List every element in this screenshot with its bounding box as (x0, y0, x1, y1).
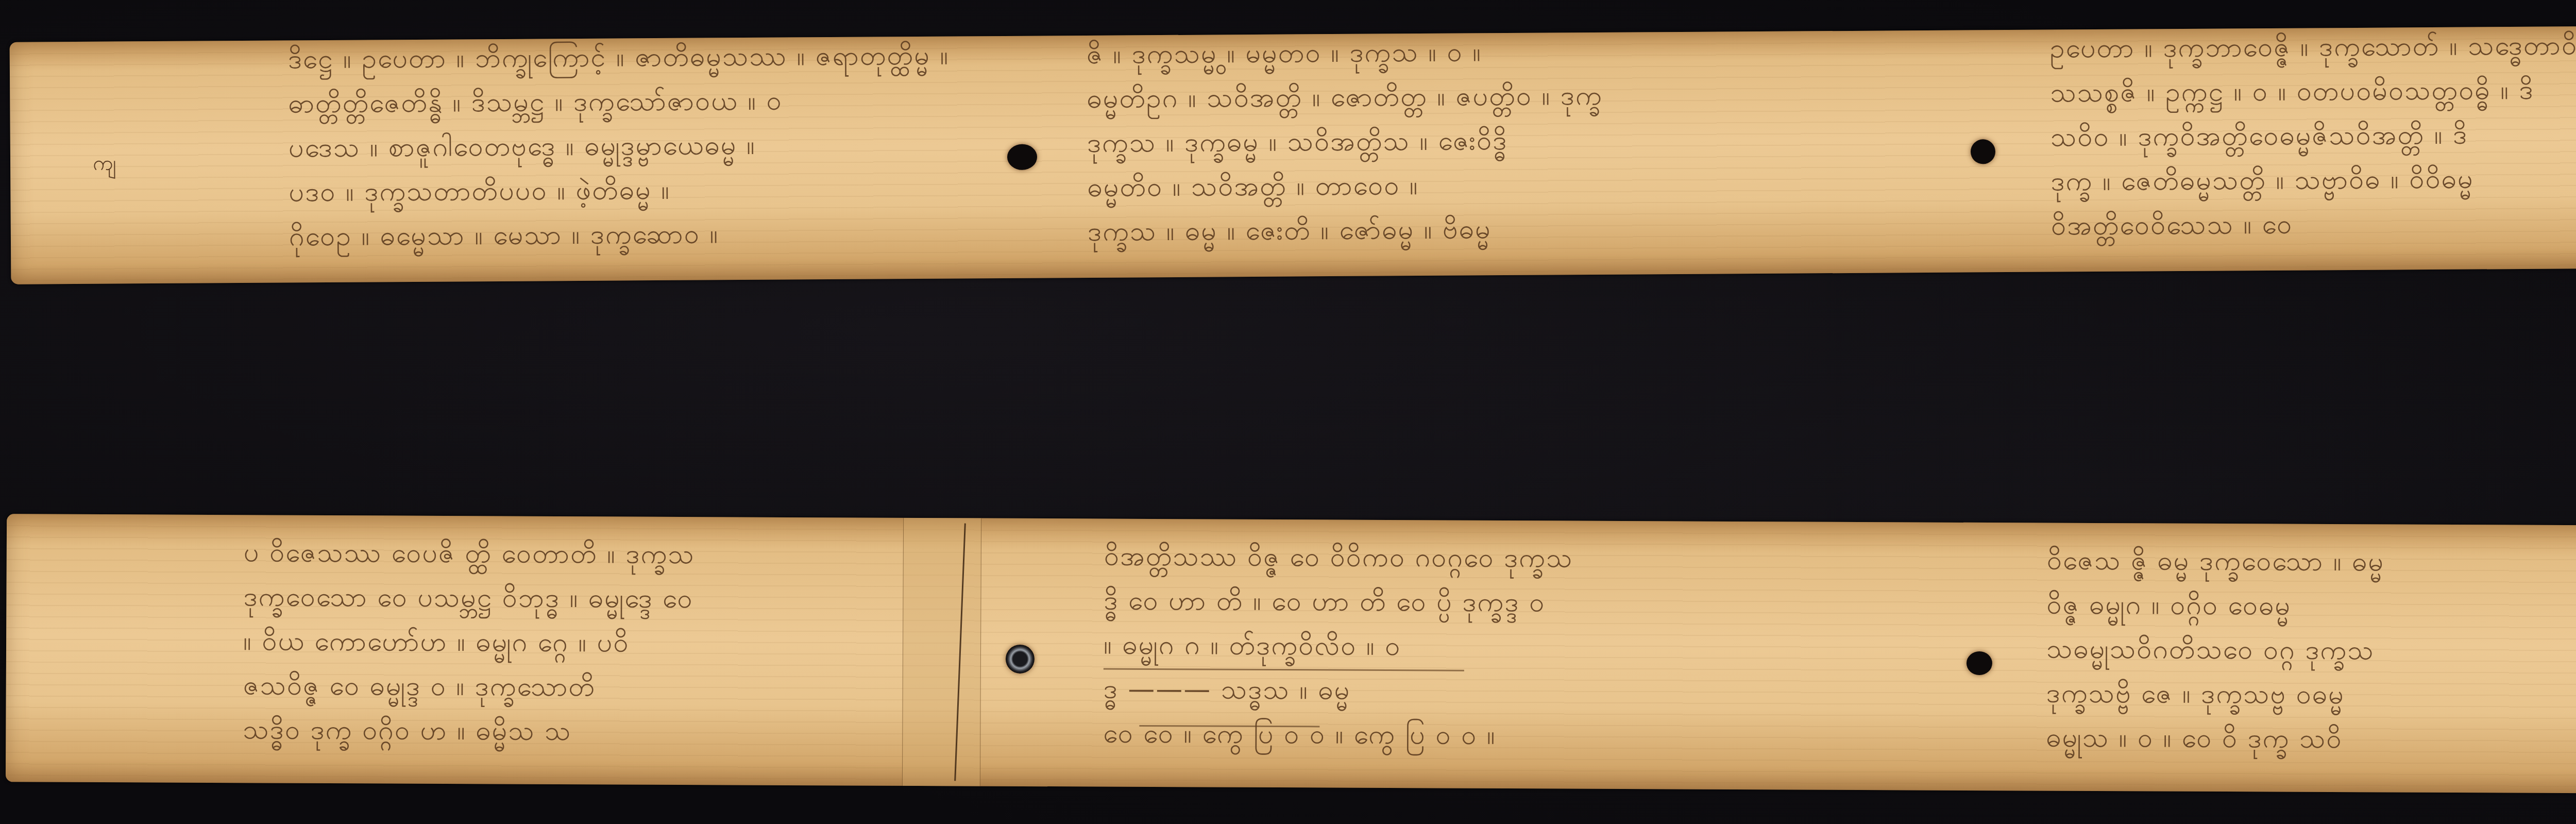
text-line: ဓမ္မတိဝ ။ သဝိအတ္တိ ။ တာဝေဝ ။ (1087, 162, 1603, 210)
text-block-right: ဝိဇေသ ဇ္ဇိ ဓမ္မ ဒုက္ခဝေသော ။ ဓမ္မ ဝိဇ္ဇ … (2046, 539, 2384, 762)
text-line: ။ ဓမ္မုဂ ဂ ။ တ်ဒုက္ခဝိလိဝ ။ ဝ (1104, 623, 1573, 669)
text-line: ဝိအတ္တိဝေဝိသေသ ။ ဝေ (2051, 200, 2576, 248)
folio-mark: ကျ (93, 149, 116, 180)
text-line: ဝိဇေသ ဇ္ဇိ ဓမ္မ ဒုက္ခဝေသော ။ ဓမ္မ (2047, 539, 2385, 584)
text-line: ဒုက္ခသဗ္ဗိ ဇေ ။ ဒုက္ခသဗ္ဗ ဝဓမ္မ (2046, 671, 2384, 717)
text-line: ဓမ္မတိဥဂ ။ သဝိအတ္တိ ။ ဇောတိတ္တ ။ ဇပတ္တိဝ… (1087, 74, 1603, 121)
text-line: ဒိဋ္ဌေ ။ ဥပေတာ ။ ဘိက္ခုကြောင့် ။ ဇာတိဓမ္… (288, 33, 950, 82)
text-line: ဓမ္မုသ ။ ဝ ။ ဝေ ဝိ ဒုက္ခ သဝိ (2046, 716, 2384, 762)
text-line: ဝေ ဝေ ။ ကွေ ပြ ဝ ဝ ။ ကွေ ပြ ဝ ဝ ။ (1103, 712, 1572, 758)
text-line: ဒုက္ခသ ။ ဓမ္မ ။ ဇေးတိ ။ ဇော်ဓမ္မ ။ ဗိဓမ္… (1088, 207, 1604, 254)
text-block-center: ဝိအတ္တိသဿ ဝိဇ္ဇ ဝေ ဝိဝိကဝ ဂဝဂ္ဂဝေ ဒုက္ခသ… (1103, 534, 1573, 758)
text-line: ဇသဝိဇ္ဇ ဝေ ဓမ္မုဒ္ဒ ဝ ။ ဒုက္ခသောတိ (243, 663, 694, 710)
text-line: ဓာတ္တိတ္တိဇေတိန္ဓိ ။ ဒိသမ္ဘဋ္ဌ ။ ဒုက္ခသေ… (288, 78, 950, 126)
text-line: သဓမ္မုသဝိဂတိသဝေ ဝဂ္ဂ ဒုက္ခသ (2046, 627, 2384, 673)
string-hole-right (1971, 139, 1995, 164)
text-line: ။ ဝိယ ကောဟော်ဟ ။ ဓမ္မုဂ ဂ္ဂေ ။ ပဝိ (243, 619, 694, 665)
string-hole-left (1007, 144, 1037, 170)
text-line: ဝိအတ္တိသဿ ဝိဇ္ဇ ဝေ ဝိဝိကဝ ဂဝဂ္ဂဝေ ဒုက္ခသ (1104, 534, 1573, 581)
text-line: ဂိုဝေဥ ။ ဓမ္မေသာ ။ မေသာ ။ ဒုက္ခဆောဝ ။ (289, 211, 951, 259)
text-line: ဒုက္ခ ။ ဇေတိဓမ္မသတ္တိ ။ သဗ္ဗာဝိဓ ။ ဝိဝိဓ… (2050, 156, 2576, 204)
palm-leaf-top: ကျ ဒိဋ္ဌေ ။ ဥပေတာ ။ ဘိက္ခုကြောင့် ။ ဇာတိ… (10, 24, 2576, 284)
text-line: ဝိဇ္ဇ ဓမ္မုဂ ။ ဝဂ္ဂိဝ ဝေဓမ္မ (2046, 583, 2384, 629)
palm-leaf-bottom: ပ ဝိဇေသဿ ဝေပဇိ တ္ထိ ဝေတာတိ ။ ဒုက္ခသ ဒုက္… (6, 514, 2576, 795)
text-line: ဒ္ဓိ ဝေ ဟာ တိ ။ ဝေ ဟာ တိ ဝေ ပ္ပိ ဒုက္ခဒ္… (1104, 579, 1573, 625)
text-line: သဒ္ဓိဝ ဒုက္ခ ဝဂ္ဂိဝ ဟ ။ ဓမ္မိသ သ (243, 708, 694, 754)
text-line: သဝိဝ ။ ဒုက္ခဝိအတ္တိဝေဓမ္မဇိသဝိအတ္တိ ။ ဒိ (2050, 112, 2576, 159)
text-line: သသစ္စဇိ ။ ဥက္ကဋ္ဌ ။ ဝ ။ ဝတပဝမိဝသတ္တဝဓ္ဓိ… (2050, 68, 2576, 115)
text-line: ဇိ ။ ဒုက္ခသမ္မွ ။ မမ္မတဝ ။ ဒုက္ခသ ။ ဝ ။ (1087, 29, 1603, 77)
text-line: ပဒေသ ။ စာဇူဂါဝေတဗုဒ္ဓေ ။ ဓမ္မုဒ္ဒမ္ဗာယေဓ… (289, 122, 950, 171)
text-line: ဒ္ဓ ——— သဒ္ဓသ ။ ဓမ္မ (1104, 667, 1573, 714)
text-line: ဒုက္ခသ ။ ဒုက္ခဓမ္မ ။ သဝိအတ္တိသ ။ ဇေးဝိဒ္… (1087, 118, 1603, 165)
text-block-right: ဥပေတာ ။ ဒုက္ခဘာဝေဇ္ဇိ ။ ဒုက္ခသောတ် ။ သဒ္… (2050, 23, 2576, 248)
text-block-center: ဇိ ။ ဒုက္ခသမ္မွ ။ မမ္မတဝ ။ ဒုက္ခသ ။ ဝ ။ … (1087, 29, 1604, 254)
text-line: ပ ဝိဇေသဿ ဝေပဇိ တ္ထိ ဝေတာတိ ။ ဒုက္ခသ (244, 530, 695, 577)
text-line: ပဒဝ ။ ဒုက္ခသတာတိပပဝ ။ ဖဲ့တိဓမ္မ ။ (289, 166, 950, 215)
string-hole-left (1006, 645, 1035, 674)
text-line: ဒုက္ခဝေသော ဝေ ပသမ္ဘဋ္ဌ ဝိဘုဒ္ဓ ။ ဓမ္မုဒ္… (243, 575, 694, 621)
text-line: ဥပေတာ ။ ဒုက္ခဘာဝေဇ္ဇိ ။ ဒုက္ခသောတ် ။ သဒ္… (2050, 23, 2576, 71)
text-block-left: ဒိဋ္ဌေ ။ ဥပေတာ ။ ဘိက္ခုကြောင့် ။ ဇာတိဓမ္… (288, 33, 951, 259)
string-hole-right (1967, 651, 1992, 675)
text-block-left: ပ ဝိဇေသဿ ဝေပဇိ တ္ထိ ဝေတာတိ ။ ဒုက္ခသ ဒုက္… (243, 530, 695, 754)
repair-patch (902, 518, 981, 786)
